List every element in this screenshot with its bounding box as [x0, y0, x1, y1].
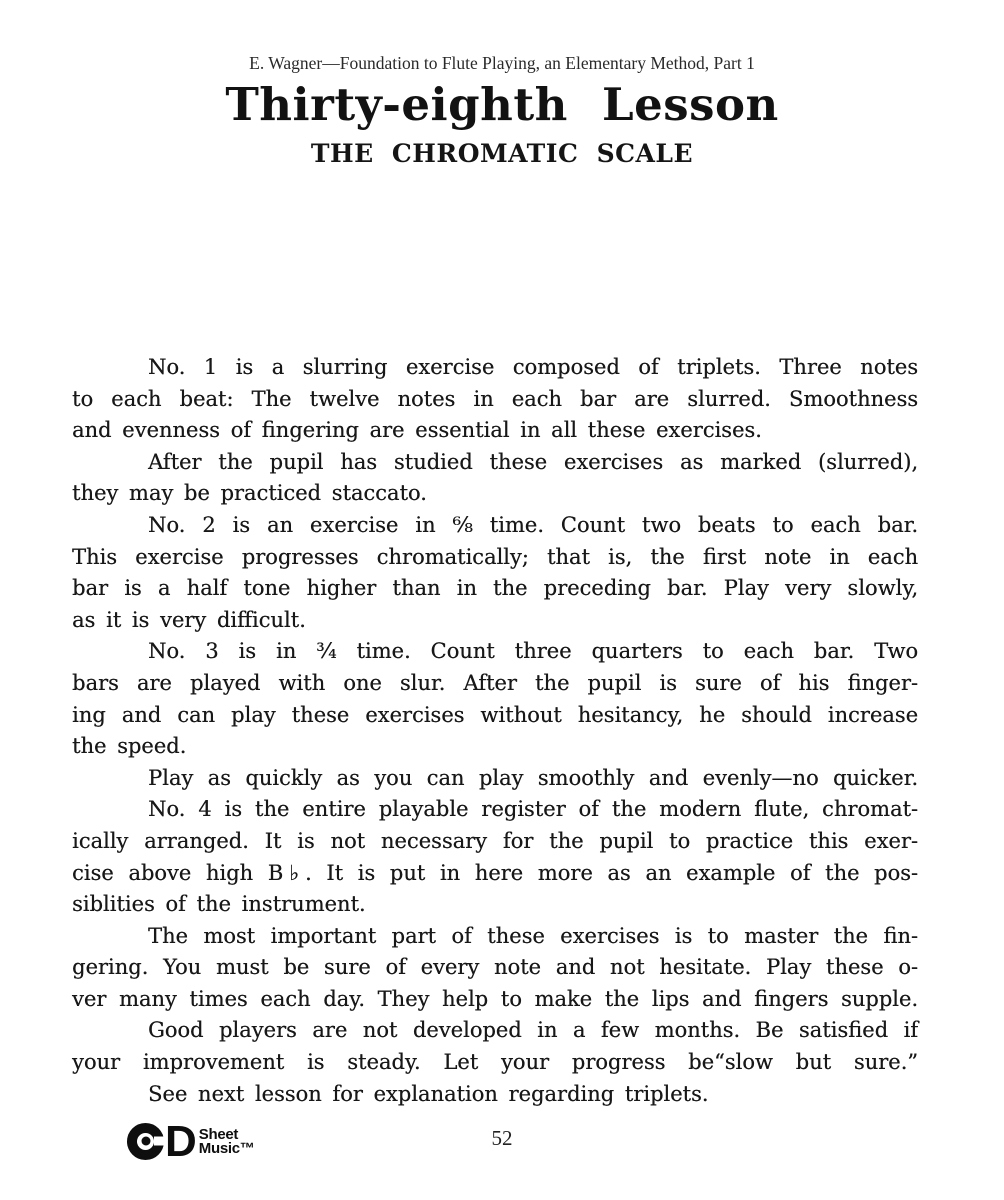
- text-line: and evenness of fingering are essential …: [72, 415, 918, 447]
- text-line: ically arranged. It is not necessary for…: [72, 826, 918, 858]
- text-line: the speed.: [72, 731, 918, 763]
- text-line: bars are played with one slur. After the…: [72, 668, 918, 700]
- body-text: No. 1 is a slurring exercise composed of…: [72, 352, 918, 1110]
- page-number: 52: [0, 1126, 1004, 1151]
- text-line: See next lesson for explanation regardin…: [72, 1079, 918, 1111]
- text-line: No. 3 is in ³⁄₄ time. Count three quarte…: [72, 636, 918, 668]
- text-line: No. 2 is an exercise in ⁶⁄₈ time. Count …: [72, 510, 918, 542]
- text-line: to each beat: The twelve notes in each b…: [72, 384, 918, 416]
- text-line: ver many times each day. They help to ma…: [72, 984, 918, 1016]
- text-line: bar is a half tone higher than in the pr…: [72, 573, 918, 605]
- text-line: as it is very difficult.: [72, 605, 918, 637]
- text-line: No. 4 is the entire playable register of…: [72, 794, 918, 826]
- text-line: Good players are not developed in a few …: [72, 1015, 918, 1047]
- text-line: Play as quickly as you can play smoothly…: [72, 763, 918, 795]
- text-line: gering. You must be sure of every note a…: [72, 952, 918, 984]
- text-line: ing and can play these exercises without…: [72, 700, 918, 732]
- scanned-book-page: E. Wagner—Foundation to Flute Playing, a…: [0, 0, 1004, 1200]
- text-line: they may be practiced staccato.: [72, 478, 918, 510]
- text-line: After the pupil has studied these exerci…: [72, 447, 918, 479]
- text-line: The most important part of these exercis…: [72, 921, 918, 953]
- text-line: No. 1 is a slurring exercise composed of…: [72, 352, 918, 384]
- text-line: siblities of the instrument.: [72, 889, 918, 921]
- lesson-title: Thirty-eighth Lesson: [0, 78, 1004, 131]
- text-line: This exercise progresses chromatically; …: [72, 542, 918, 574]
- header-citation: E. Wagner—Foundation to Flute Playing, a…: [0, 53, 1004, 74]
- text-line: your improvement is steady. Let your pro…: [72, 1047, 918, 1079]
- lesson-subtitle: THE CHROMATIC SCALE: [0, 139, 1004, 168]
- text-line: cise above high B♭. It is put in here mo…: [72, 858, 918, 890]
